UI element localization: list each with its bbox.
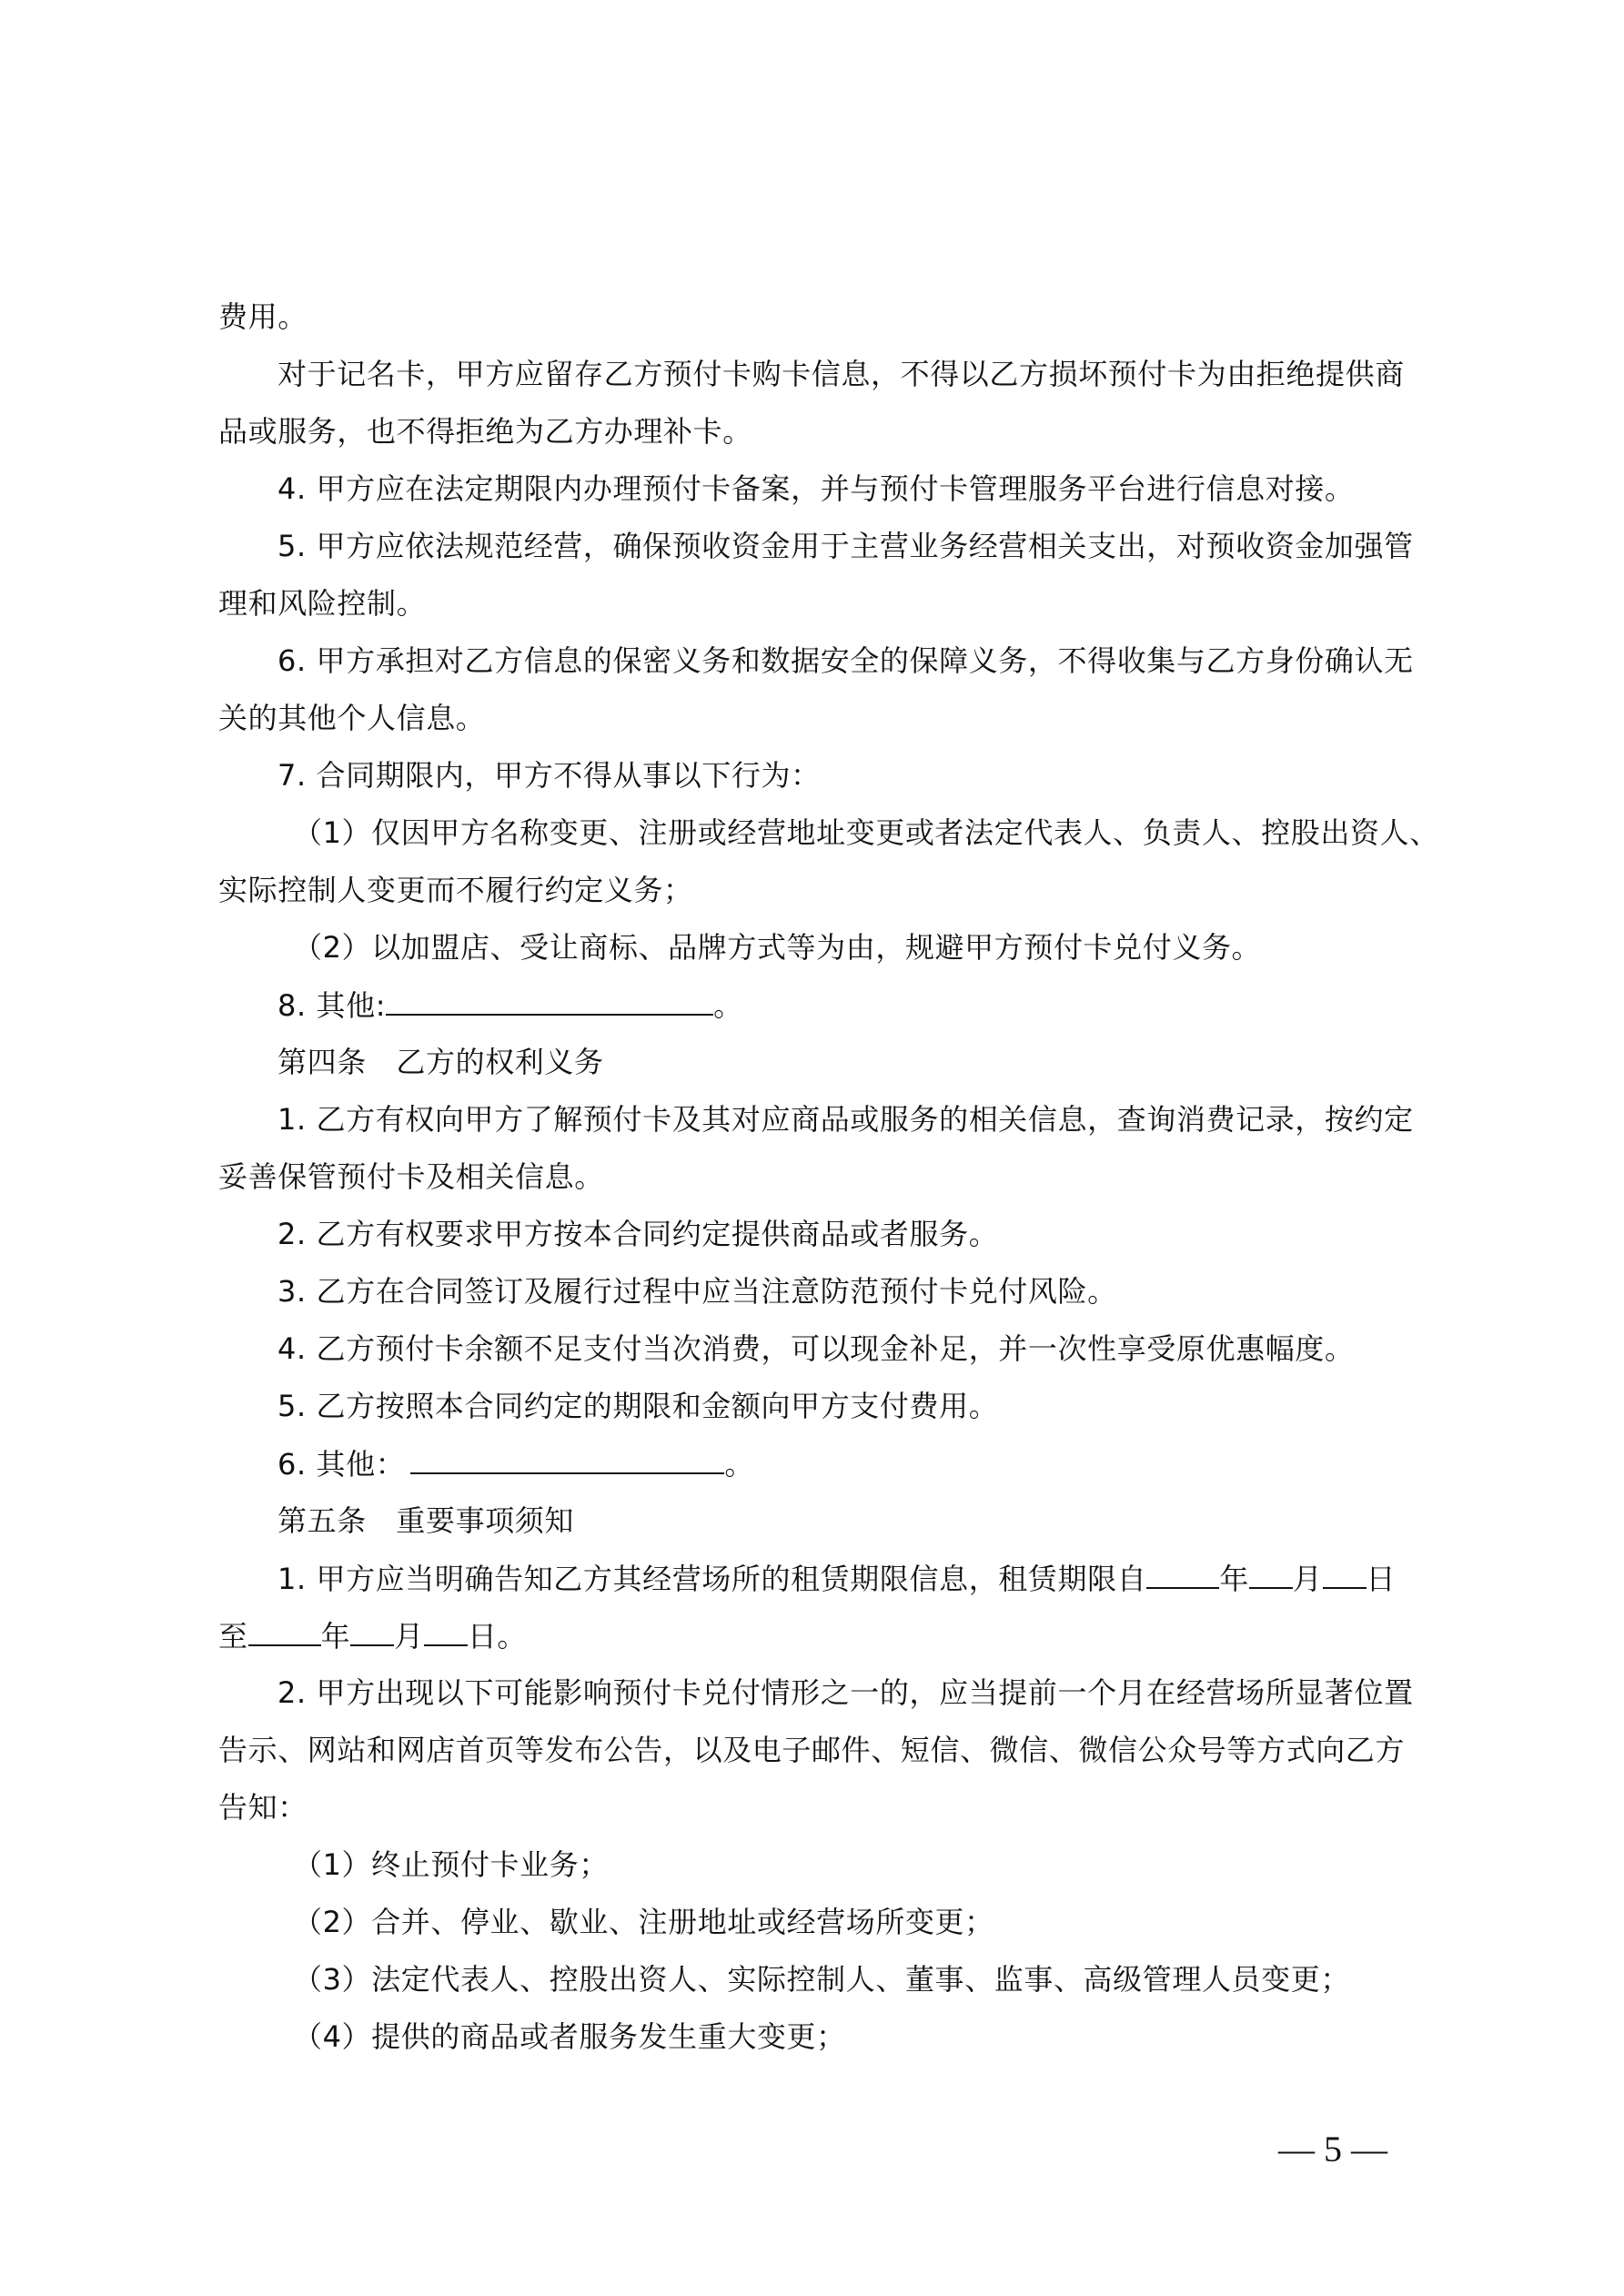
day-label: 日。 bbox=[468, 1619, 527, 1654]
notice-item-2: （2）合并、停业、歇业、注册地址或经营场所变更； bbox=[293, 1904, 994, 1940]
text-line: 告知： bbox=[218, 1789, 308, 1826]
text-line: 关的其他个人信息。 bbox=[218, 700, 485, 736]
lease-term-end: 至年月日。 bbox=[218, 1617, 527, 1654]
sub-item-2: （2）以加盟店、受让商标、品牌方式等为由，规避甲方预付卡兑付义务。 bbox=[293, 929, 1261, 966]
text-line: 费用。 bbox=[218, 298, 308, 335]
article-5-heading: 第五条 重要事项须知 bbox=[277, 1502, 574, 1539]
period: 。 bbox=[713, 988, 743, 1023]
notice-item-4: （4）提供的商品或者服务发生重大变更； bbox=[293, 2018, 846, 2055]
clause-text: 1. 甲方应当明确告知乙方其经营场所的租赁期限信息，租赁期限自 bbox=[277, 1562, 1146, 1596]
clause-lease-term: 1. 甲方应当明确告知乙方其经营场所的租赁期限信息，租赁期限自年月日 bbox=[277, 1560, 1396, 1597]
text-line: 理和风险控制。 bbox=[218, 585, 426, 622]
paragraph-registered-card: 对于记名卡，甲方应留存乙方预付卡购卡信息，不得以乙方损坏预付卡为由拒绝提供商 bbox=[277, 356, 1405, 392]
clause-party-b-6-other: 6. 其他：。 bbox=[277, 1445, 754, 1482]
day-label: 日 bbox=[1367, 1562, 1397, 1596]
text-line: 告示、网站和网店首页等发布公告，以及电子邮件、短信、微信、微信公众号等方式向乙方 bbox=[218, 1732, 1405, 1768]
clause-notice: 2. 甲方出现以下可能影响预付卡兑付情形之一的，应当提前一个月在经营场所显著位置 bbox=[277, 1674, 1414, 1711]
year-label: 年 bbox=[321, 1619, 351, 1654]
fill-in-blank[interactable] bbox=[386, 986, 713, 1016]
clause-party-b-2: 2. 乙方有权要求甲方按本合同约定提供商品或者服务。 bbox=[277, 1216, 998, 1252]
clause-party-a-5: 5. 甲方应依法规范经营，确保预收资金用于主营业务经营相关支出，对预收资金加强管 bbox=[277, 528, 1414, 564]
document-page: 费用。 对于记名卡，甲方应留存乙方预付卡购卡信息，不得以乙方损坏预付卡为由拒绝提… bbox=[0, 0, 1624, 2296]
clause-party-a-7: 7. 合同期限内，甲方不得从事以下行为： bbox=[277, 757, 821, 794]
start-month-blank[interactable] bbox=[1249, 1560, 1293, 1589]
start-day-blank[interactable] bbox=[1323, 1560, 1367, 1589]
clause-party-b-3: 3. 乙方在合同签订及履行过程中应当注意防范预付卡兑付风险。 bbox=[277, 1273, 1117, 1310]
sub-item-1: （1）仅因甲方名称变更、注册或经营地址变更或者法定代表人、负责人、控股出资人、 bbox=[293, 814, 1439, 851]
end-month-blank[interactable] bbox=[350, 1617, 394, 1646]
page-number: — 5 — bbox=[1278, 2128, 1387, 2170]
clause-label: 8. 其他: bbox=[277, 988, 386, 1023]
clause-party-b-4: 4. 乙方预付卡余额不足支付当次消费，可以现金补足，并一次性享受原优惠幅度。 bbox=[277, 1330, 1355, 1367]
notice-item-3: （3）法定代表人、控股出资人、实际控制人、董事、监事、高级管理人员变更； bbox=[293, 1961, 1350, 1998]
to-label: 至 bbox=[218, 1619, 248, 1654]
notice-item-1: （1）终止预付卡业务； bbox=[293, 1846, 609, 1883]
month-label: 月 bbox=[394, 1619, 424, 1654]
clause-party-a-4: 4. 甲方应在法定期限内办理预付卡备案，并与预付卡管理服务平台进行信息对接。 bbox=[277, 470, 1355, 507]
article-4-heading: 第四条 乙方的权利义务 bbox=[277, 1044, 604, 1080]
clause-party-b-5: 5. 乙方按照本合同约定的期限和金额向甲方支付费用。 bbox=[277, 1388, 998, 1424]
text-line: 品或服务，也不得拒绝为乙方办理补卡。 bbox=[218, 413, 752, 450]
clause-label: 6. 其他： bbox=[277, 1447, 405, 1482]
text-line: 妥善保管预付卡及相关信息。 bbox=[218, 1158, 604, 1195]
fill-in-blank[interactable] bbox=[410, 1445, 724, 1474]
month-label: 月 bbox=[1293, 1562, 1323, 1596]
clause-party-b-1: 1. 乙方有权向甲方了解预付卡及其对应商品或服务的相关信息，查询消费记录，按约定 bbox=[277, 1101, 1414, 1138]
clause-party-a-8-other: 8. 其他:。 bbox=[277, 986, 743, 1024]
clause-party-a-6: 6. 甲方承担对乙方信息的保密义务和数据安全的保障义务，不得收集与乙方身份确认无 bbox=[277, 642, 1414, 679]
text-line: 实际控制人变更而不履行约定义务； bbox=[218, 872, 693, 908]
end-day-blank[interactable] bbox=[424, 1617, 468, 1646]
period: 。 bbox=[724, 1447, 754, 1482]
year-label: 年 bbox=[1219, 1562, 1249, 1596]
start-year-blank[interactable] bbox=[1146, 1560, 1219, 1589]
end-year-blank[interactable] bbox=[248, 1617, 321, 1646]
